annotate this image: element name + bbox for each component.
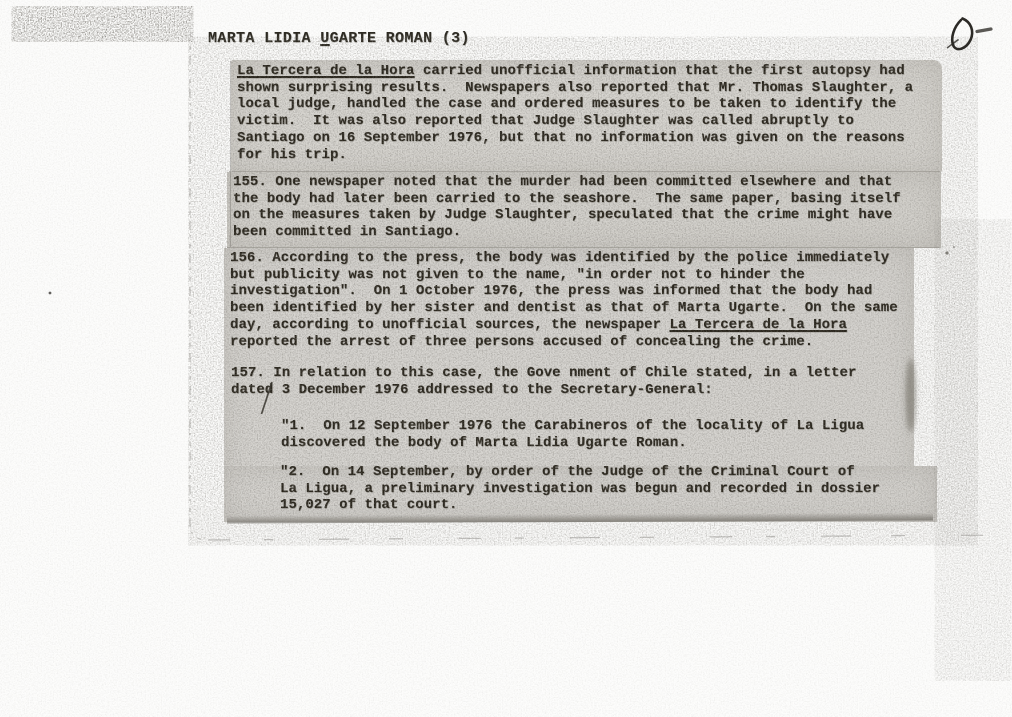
stray-speck: [945, 251, 948, 254]
quoted-paragraph-2-text: "2. On 14 September, by order of the Jud…: [280, 464, 880, 513]
pen-mark-d-icon: [947, 19, 991, 50]
stray-dot: [49, 292, 52, 295]
newspaper-name-underlined: La Tercera de la Hora: [669, 317, 846, 333]
title-pre: MARTA LIDIA: [208, 30, 320, 47]
paragraph-156-text-after: reported the arrest of three persons acc…: [230, 334, 813, 350]
paragraph-156: 156. According to the press, the body wa…: [230, 250, 898, 350]
speckle-patch-top-left: [20, 8, 185, 40]
strip-seam-line: [227, 247, 939, 248]
scanned-document-page: MARTA LIDIA UGARTE ROMAN (3) La Tercera …: [0, 0, 1012, 717]
document-title: MARTA LIDIA UGARTE ROMAN (3): [208, 31, 470, 48]
stray-speck: [953, 246, 955, 248]
paragraph-155-text: 155. One newspaper noted that the murder…: [233, 174, 901, 240]
title-post: GARTE ROMAN (3): [330, 30, 470, 47]
quoted-paragraph-1: "1. On 12 September 1976 the Carabineros…: [281, 418, 864, 451]
speckle-right-margin: [938, 240, 1008, 660]
strip-left-edge-line: [230, 61, 231, 247]
quoted-paragraph-1-text: "1. On 12 September 1976 the Carabineros…: [281, 418, 864, 451]
dashed-fold-line: [208, 535, 1010, 540]
paragraph-intro: La Tercera de la Hora carried unofficial…: [237, 63, 913, 163]
ink-smudge: [905, 358, 916, 432]
strip-seam-line: [229, 171, 940, 172]
title-underlined-letter: U: [320, 30, 329, 47]
paragraph-157: 157. In relation to this case, the Gove …: [231, 365, 856, 398]
paragraph-157-text: 157. In relation to this case, the Gove …: [231, 365, 856, 398]
paragraph-155: 155. One newspaper noted that the murder…: [233, 174, 901, 241]
newspaper-name-underlined: La Tercera de la Hora: [237, 63, 414, 79]
page-edge-line: [190, 46, 206, 540]
quoted-paragraph-2: "2. On 14 September, by order of the Jud…: [280, 464, 880, 514]
